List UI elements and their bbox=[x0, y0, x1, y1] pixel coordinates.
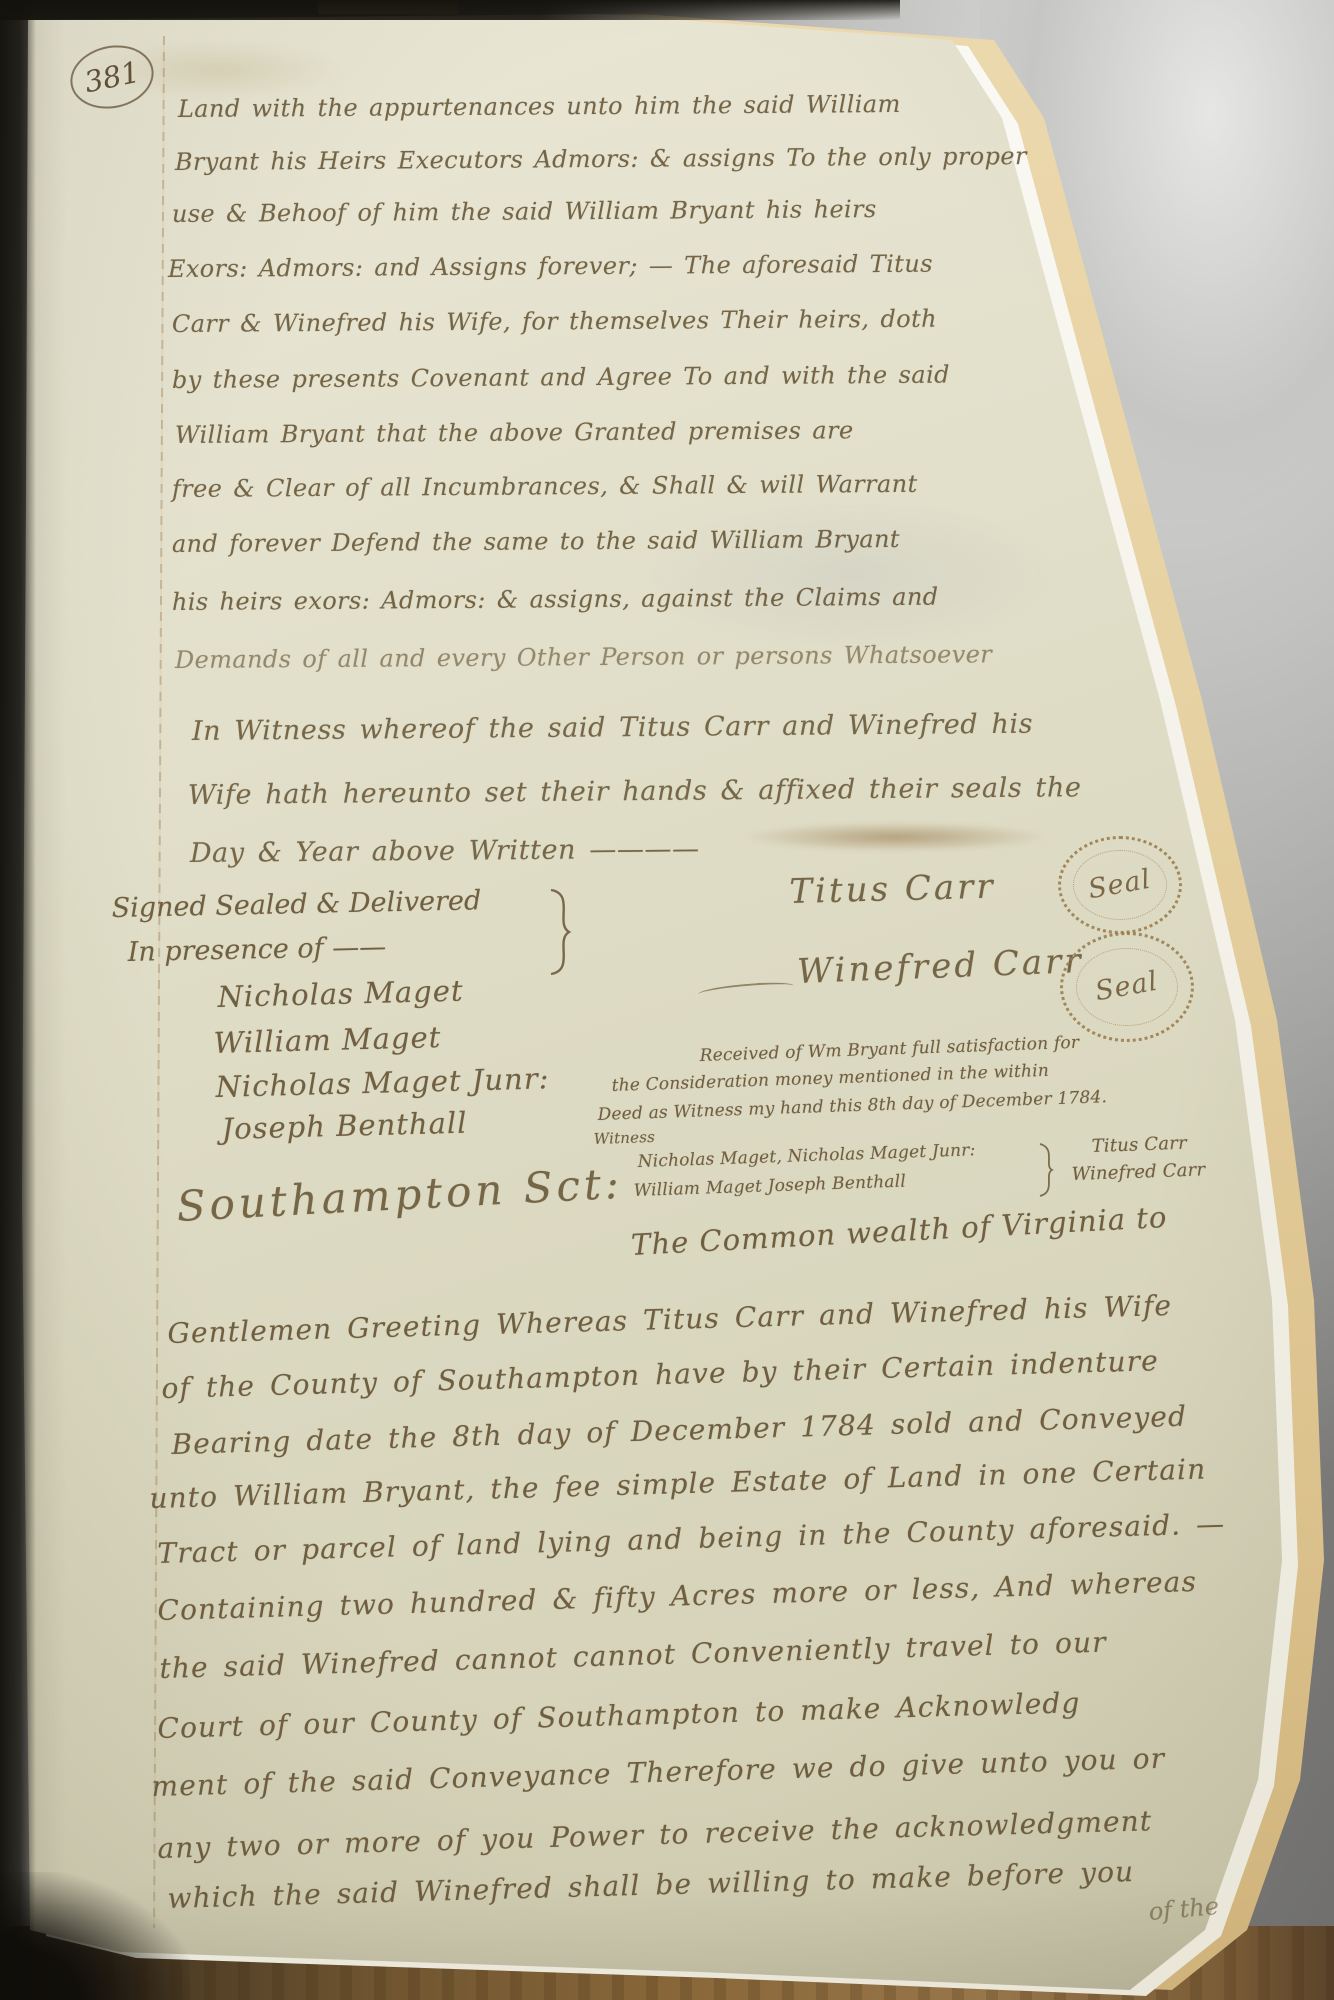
writ-line: Containing two hundred & fifty Acres mor… bbox=[157, 1565, 1197, 1627]
deed-line: Land with the appurtenances unto him the… bbox=[178, 90, 901, 123]
signature-flourish bbox=[698, 980, 795, 1000]
deed-line: William Bryant that the above Granted pr… bbox=[175, 416, 854, 449]
deed-line: Demands of all and every Other Person or… bbox=[175, 640, 992, 674]
receipt-brace bbox=[1036, 1142, 1058, 1198]
handwriting-layer: Land with the appurtenances unto him the… bbox=[0, 0, 1334, 2000]
writ-line: unto William Bryant, the fee simple Esta… bbox=[149, 1452, 1207, 1515]
page-number: 381 bbox=[81, 55, 142, 100]
presence-line: In presence of —— bbox=[127, 932, 386, 968]
deed-line: use & Behoof of him the said William Bry… bbox=[172, 195, 877, 228]
seal-inner-ring: Seal bbox=[1073, 850, 1167, 920]
signed-sealed-line: Signed Sealed & Delivered bbox=[111, 885, 481, 924]
witness-clause-line: In Witness whereof the said Titus Carr a… bbox=[192, 709, 1033, 747]
seal-label: Seal bbox=[1093, 966, 1161, 1008]
catchword: of the bbox=[1148, 1892, 1220, 1926]
writ-line: the said Winefred cannot cannot Convenie… bbox=[159, 1626, 1107, 1685]
deed-line: Exors: Admors: and Assigns forever; — Th… bbox=[168, 250, 933, 283]
deed-line: Bryant his Heirs Executors Admors: & ass… bbox=[175, 142, 1027, 176]
writ-line: of the County of Southampton have by the… bbox=[161, 1344, 1159, 1405]
deed-line: and forever Defend the same to the said … bbox=[172, 525, 900, 558]
writ-line: Bearing date the 8th day of December 178… bbox=[171, 1400, 1187, 1461]
receipt-witness-names: William Maget Joseph Benthall bbox=[633, 1172, 906, 1201]
writ-line: Gentlemen Greeting Whereas Titus Carr an… bbox=[167, 1289, 1172, 1350]
witness-signature: William Maget bbox=[213, 1020, 442, 1060]
seal-stamp: Seal bbox=[1060, 932, 1194, 1042]
deed-line: by these presents Covenant and Agree To … bbox=[172, 361, 950, 394]
witness-signature: Nicholas Maget bbox=[217, 974, 464, 1014]
receipt-signatory: Winefred Carr bbox=[1071, 1159, 1205, 1185]
seal-stamp: Seal bbox=[1058, 836, 1182, 934]
witness-clause-line: Day & Year above Written ———— bbox=[190, 834, 700, 869]
writ-line: Court of our County of Southampton to ma… bbox=[157, 1686, 1081, 1745]
receipt-signatory: Titus Carr bbox=[1091, 1133, 1187, 1157]
deed-line: his heirs exors: Admors: & assigns, agai… bbox=[172, 583, 939, 616]
seal-inner-ring: Seal bbox=[1076, 948, 1178, 1027]
seal-label: Seal bbox=[1086, 864, 1154, 906]
writ-line: ment of the said Conveyance Therefore we… bbox=[151, 1742, 1165, 1803]
writ-line: any two or more of you Power to receive … bbox=[157, 1804, 1152, 1865]
attestation-brace bbox=[545, 886, 579, 978]
witness-signature: Nicholas Maget Junr: bbox=[215, 1061, 550, 1104]
witness-signature: Joseph Benthall bbox=[221, 1106, 468, 1146]
witness-clause-line: Wife hath hereunto set their hands & aff… bbox=[188, 772, 1082, 811]
grantor-signature: Titus Carr bbox=[789, 867, 996, 912]
receipt-witness-names: Nicholas Maget, Nicholas Maget Junr: bbox=[637, 1140, 976, 1172]
receipt-witness-label: Witness bbox=[593, 1128, 655, 1148]
photographed-deed-page: 381 Land with the appurtenances unto him… bbox=[0, 0, 1334, 2000]
county-heading: Southampton Sct: bbox=[175, 1159, 624, 1231]
commonwealth-heading: The Common wealth of Virginia to bbox=[630, 1200, 1168, 1262]
writ-line: Tract or parcel of land lying and being … bbox=[157, 1507, 1226, 1570]
grantor-signature: Winefred Carr bbox=[796, 941, 1084, 992]
deed-line: Carr & Winefred his Wife, for themselves… bbox=[172, 305, 937, 338]
deed-line: free & Clear of all Incumbrances, & Shal… bbox=[172, 470, 918, 503]
writ-line: which the said Winefred shall be willing… bbox=[167, 1855, 1135, 1915]
